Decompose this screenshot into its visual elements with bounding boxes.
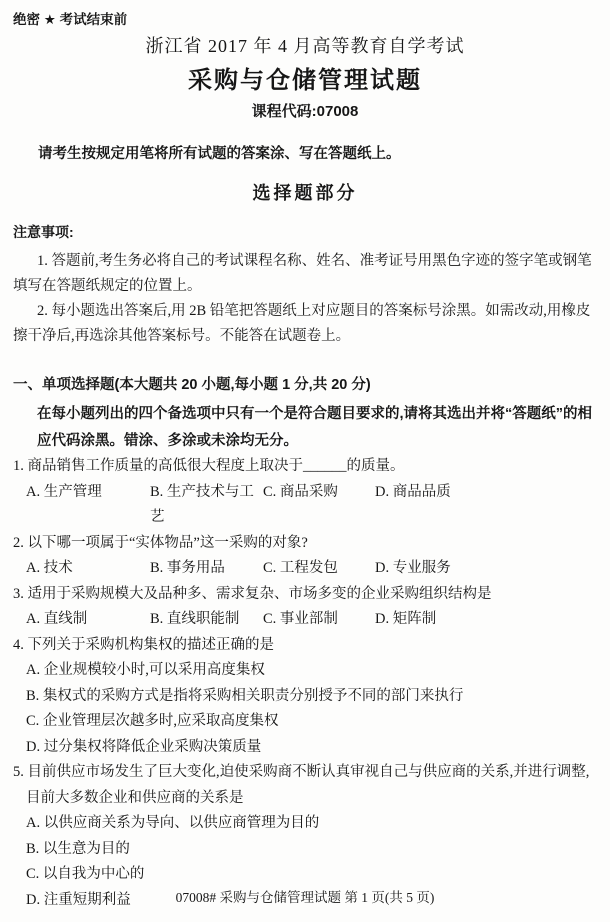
question-1: 1. 商品销售工作质量的高低很大程度上取决于______的质量。 A. 生产管理… [13,454,597,531]
option-c: C. 企业管理层次越多时,应采取高度集权 [26,709,597,735]
option-d: D. 矩阵制 [375,607,597,633]
note-item: 1. 答题前,考生务必将自己的考试课程名称、姓名、准考证号用黑色字迹的签字笔或钢… [13,249,597,299]
exam-paper-page: 绝密 ★ 考试结束前 浙江省 2017 年 4 月高等教育自学考试 采购与仓储管… [0,0,610,922]
option-a: A. 直线制 [26,607,150,633]
option-d: D. 专业服务 [375,556,597,582]
option-a: A. 技术 [26,556,150,582]
question-options: A. 生产管理 B. 生产技术与工艺 C. 商品采购 D. 商品品质 [26,480,597,531]
question-stem: 1. 商品销售工作质量的高低很大程度上取决于______的质量。 [13,454,597,480]
question-options: A. 直线制 B. 直线职能制 C. 事业部制 D. 矩阵制 [26,607,597,633]
question-stem: 4. 下列关于采购机构集权的描述正确的是 [13,633,597,659]
part1-heading: 一、单项选择题(本大题共 20 小题,每小题 1 分,共 20 分) [13,376,597,394]
option-d: D. 商品品质 [375,480,597,531]
exam-title: 浙江省 2017 年 4 月高等教育自学考试 [13,34,597,58]
option-c: C. 工程发包 [263,556,375,582]
notes-list: 1. 答题前,考生务必将自己的考试课程名称、姓名、准考证号用黑色字迹的签字笔或钢… [13,249,597,349]
option-b: B. 直线职能制 [150,607,263,633]
question-2: 2. 以下哪一项属于“实体物品”这一采购的对象? A. 技术 B. 事务用品 C… [13,531,597,582]
note-item: 2. 每小题选出答案后,用 2B 铅笔把答题纸上对应题目的答案标号涂黑。如需改动… [13,299,597,349]
option-c: C. 以自我为中心的 [26,862,597,888]
notes-title: 注意事项: [13,224,597,240]
option-c: C. 商品采购 [263,480,375,531]
question-stem: 5. 目前供应市场发生了巨大变化,迫使采购商不断认真审视自己与供应商的关系,并进… [13,760,597,811]
option-a: A. 生产管理 [26,480,150,531]
section-title: 选择题部分 [13,183,597,203]
answer-sheet-notice: 请考生按规定用笔将所有试题的答案涂、写在答题纸上。 [38,146,597,163]
option-a: A. 企业规模较小时,可以采用高度集权 [26,658,597,684]
option-b: B. 事务用品 [150,556,263,582]
question-list: 1. 商品销售工作质量的高低很大程度上取决于______的质量。 A. 生产管理… [13,454,597,913]
question-options: A. 企业规模较小时,可以采用高度集权 B. 集权式的采购方式是指将采购相关职责… [26,658,597,760]
question-stem: 2. 以下哪一项属于“实体物品”这一采购的对象? [13,531,597,557]
option-d: D. 过分集权将降低企业采购决策质量 [26,735,597,761]
option-c: C. 事业部制 [263,607,375,633]
course-code: 课程代码:07008 [13,103,597,120]
option-b: B. 集权式的采购方式是指将采购相关职责分别授予不同的部门来执行 [26,684,597,710]
option-b: B. 生产技术与工艺 [150,480,263,531]
question-3: 3. 适用于采购规模大及品种多、需求复杂、市场多变的企业采购组织结构是 A. 直… [13,582,597,633]
option-a: A. 以供应商关系为导向、以供应商管理为目的 [26,811,597,837]
page-footer: 07008# 采购与仓储管理试题 第 1 页(共 5 页) [0,890,610,906]
classification-banner: 绝密 ★ 考试结束前 [13,12,597,27]
option-b: B. 以生意为目的 [26,837,597,863]
question-stem: 3. 适用于采购规模大及品种多、需求复杂、市场多变的企业采购组织结构是 [13,582,597,608]
question-options: A. 技术 B. 事务用品 C. 工程发包 D. 专业服务 [26,556,597,582]
question-4: 4. 下列关于采购机构集权的描述正确的是 A. 企业规模较小时,可以采用高度集权… [13,633,597,761]
part1-instruction: 在每小题列出的四个备选项中只有一个是符合题目要求的,请将其选出并将“答题纸”的相… [37,401,597,454]
paper-title: 采购与仓储管理试题 [13,66,597,96]
